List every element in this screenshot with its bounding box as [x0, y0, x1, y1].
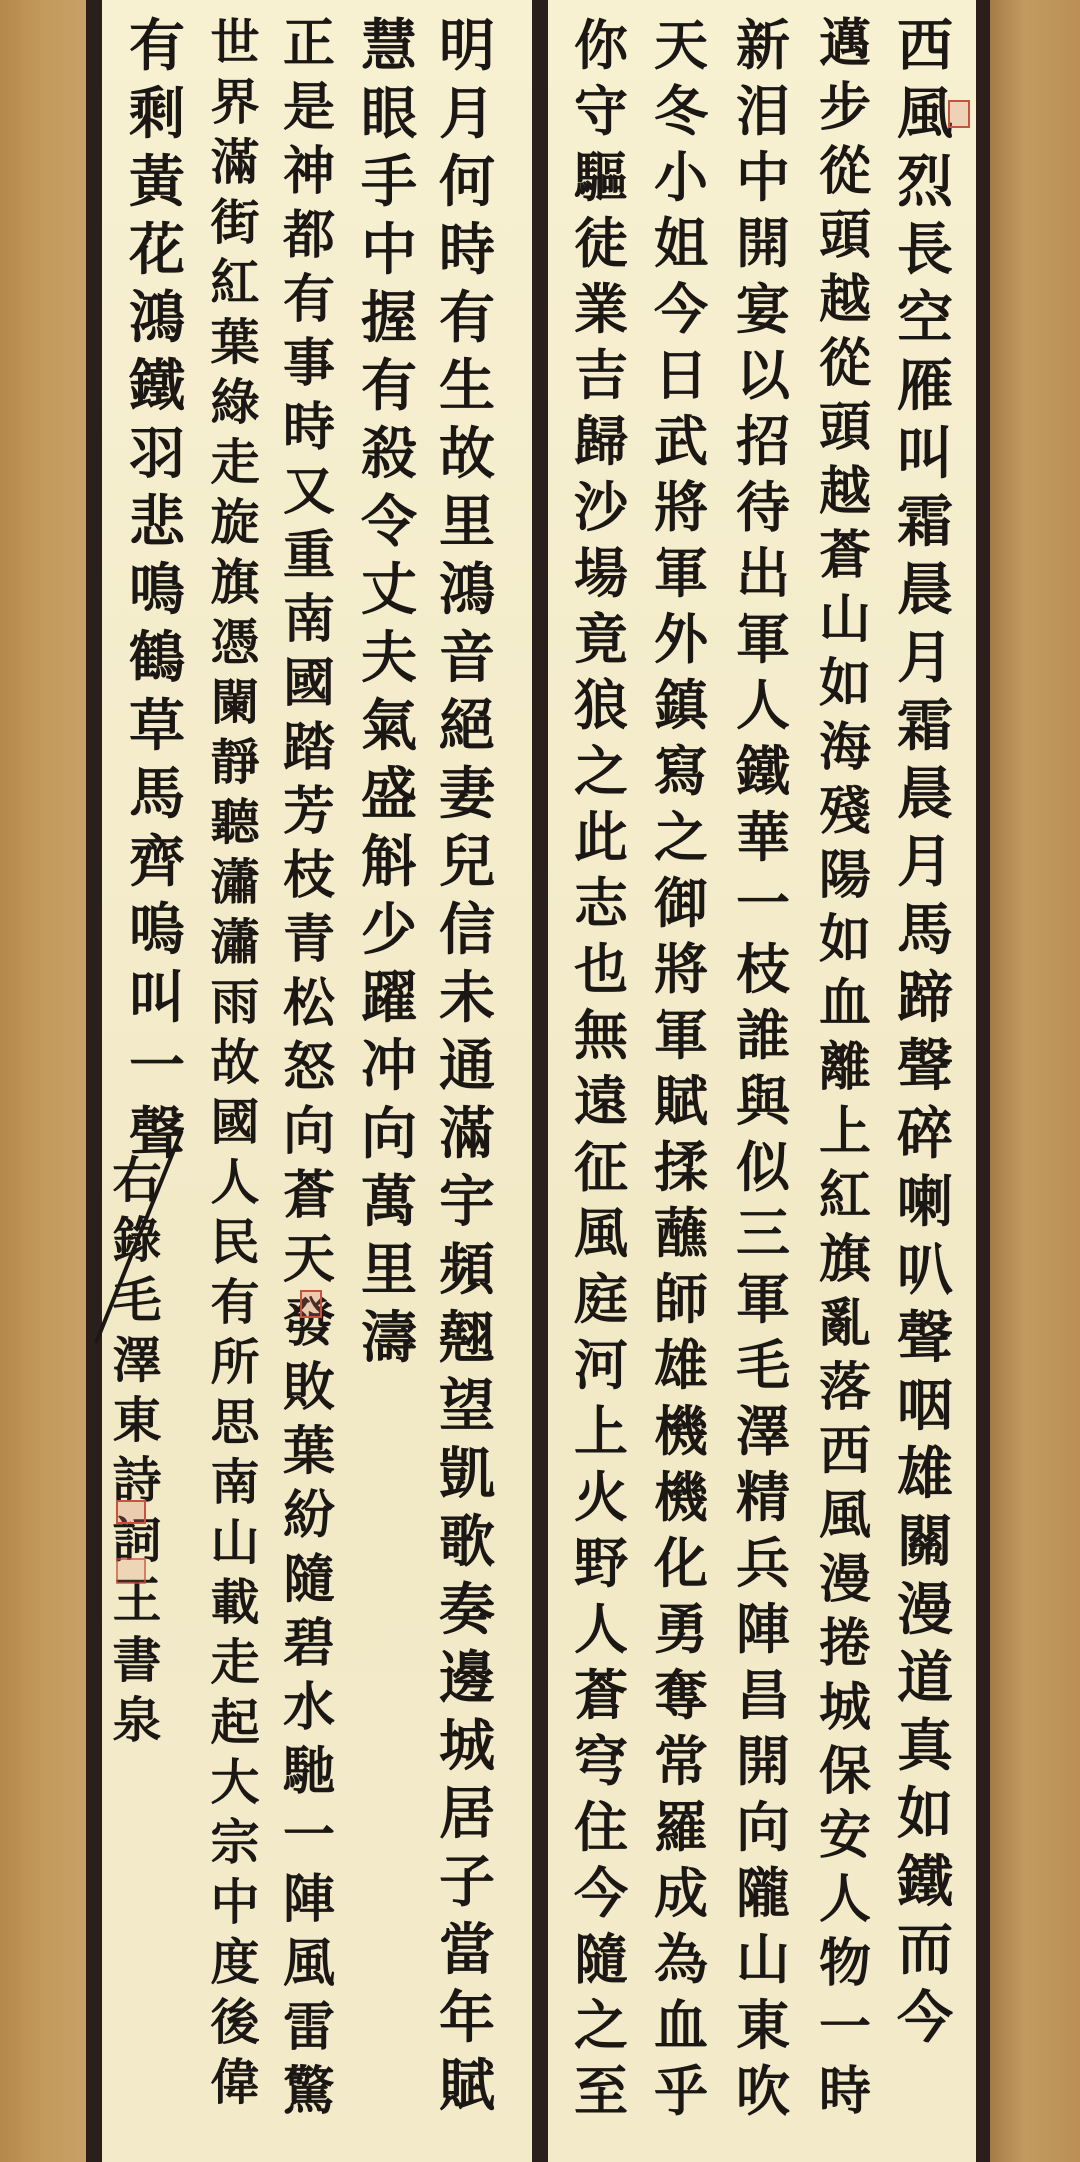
calligraphy-character: 成 — [646, 1860, 716, 1926]
calligraphy-character: 徒 — [566, 210, 636, 276]
calligraphy-column-r1: 西風烈長空雁叫霜晨月霜晨月馬蹄聲碎喇叭聲咽雄關漫道真如鐵而今 — [890, 12, 960, 2052]
calligraphy-character: 世 — [200, 12, 270, 72]
calligraphy-character: 鎮 — [646, 672, 716, 738]
calligraphy-character: 西 — [890, 12, 960, 80]
calligraphy-character: 錄 — [112, 1210, 161, 1270]
calligraphy-character: 離 — [810, 1036, 880, 1100]
calligraphy-character: 霜 — [890, 692, 960, 760]
calligraphy-character: 之 — [566, 738, 636, 804]
calligraphy-character: 丈 — [354, 556, 424, 624]
calligraphy-character: 揉 — [646, 1134, 716, 1200]
calligraphy-character: 陽 — [810, 844, 880, 908]
calligraphy-character: 漫 — [890, 1576, 960, 1644]
calligraphy-character: 草 — [122, 692, 192, 760]
calligraphy-character: 向 — [728, 1794, 798, 1860]
left-scroll: 明月何時有生故里鴻音絕妻兒信未通滿宇頻翹望凱歌奏邊城居子當年賦 慧眼手中握有殺令… — [86, 0, 538, 2162]
calligraphy-column-l2: 慧眼手中握有殺令丈夫氣盛斛少躍冲向萬里濤 — [354, 12, 424, 1372]
calligraphy-character: 枝 — [728, 936, 798, 1002]
calligraphy-character: 你 — [566, 12, 636, 78]
calligraphy-character: 物 — [810, 1932, 880, 1996]
calligraphy-character: 兵 — [728, 1530, 798, 1596]
calligraphy-character: 安 — [810, 1804, 880, 1868]
calligraphy-character: 正 — [274, 12, 344, 76]
mount-background-right — [988, 0, 1080, 2162]
calligraphy-character: 之 — [646, 804, 716, 870]
calligraphy-character: 關 — [890, 1508, 960, 1576]
calligraphy-character: 越 — [810, 460, 880, 524]
calligraphy-character: 濤 — [354, 1304, 424, 1372]
calligraphy-character: 業 — [566, 276, 636, 342]
calligraphy-character: 時 — [274, 396, 344, 460]
calligraphy-character: 咽 — [890, 1372, 960, 1440]
calligraphy-character: 國 — [274, 652, 344, 716]
calligraphy-character: 陣 — [728, 1596, 798, 1662]
calligraphy-character: 慧 — [354, 12, 424, 80]
calligraphy-character: 賦 — [646, 1068, 716, 1134]
calligraphy-character: 一 — [810, 1996, 880, 2060]
calligraphy-character: 勇 — [646, 1596, 716, 1662]
calligraphy-character: 沙 — [566, 474, 636, 540]
calligraphy-character: 青 — [274, 908, 344, 972]
calligraphy-character: 東 — [728, 1992, 798, 2058]
calligraphy-character: 血 — [810, 972, 880, 1036]
calligraphy-character: 國 — [200, 1092, 270, 1152]
calligraphy-character: 野 — [566, 1530, 636, 1596]
calligraphy-character: 奏 — [432, 1576, 502, 1644]
calligraphy-character: 何 — [432, 148, 502, 216]
calligraphy-character: 闌 — [200, 672, 270, 732]
calligraphy-character: 吹 — [728, 2058, 798, 2124]
calligraphy-character: 蒼 — [566, 1662, 636, 1728]
calligraphy-column-r5: 你守驅徒業吉歸沙場竟狼之此志也無遠征風庭河上火野人蒼穹住今隨之至 — [566, 12, 636, 2124]
calligraphy-column-r2: 邁步從頭越從頭越蒼山如海殘陽如血離上紅旗亂落西風漫捲城保安人物一時 — [810, 12, 880, 2124]
calligraphy-character: 姐 — [646, 210, 716, 276]
calligraphy-character: 捲 — [810, 1612, 880, 1676]
calligraphy-character: 外 — [646, 606, 716, 672]
calligraphy-character: 馬 — [890, 896, 960, 964]
calligraphy-character: 西 — [810, 1420, 880, 1484]
calligraphy-character: 長 — [890, 216, 960, 284]
calligraphy-character: 軍 — [728, 1266, 798, 1332]
calligraphy-character: 毛 — [112, 1270, 161, 1330]
calligraphy-character: 葉 — [200, 312, 270, 372]
calligraphy-character: 怒 — [274, 1036, 344, 1100]
calligraphy-character: 機 — [646, 1398, 716, 1464]
calligraphy-character: 街 — [200, 192, 270, 252]
calligraphy-character: 泉 — [112, 1690, 161, 1750]
calligraphy-character: 未 — [432, 964, 502, 1032]
calligraphy-character: 黃 — [122, 148, 192, 216]
calligraphy-character: 將 — [646, 474, 716, 540]
seal-icon-bottom-1 — [116, 1500, 146, 1524]
calligraphy-character: 上 — [566, 1398, 636, 1464]
calligraphy-character: 新 — [728, 12, 798, 78]
calligraphy-character: 澤 — [112, 1330, 161, 1390]
calligraphy-character: 生 — [432, 352, 502, 420]
calligraphy-character: 故 — [432, 420, 502, 488]
calligraphy-character: 小 — [646, 144, 716, 210]
calligraphy-character: 軍 — [728, 606, 798, 672]
calligraphy-character: 葉 — [274, 1420, 344, 1484]
calligraphy-character: 鳴 — [122, 556, 192, 624]
calligraphy-character: 火 — [566, 1464, 636, 1530]
calligraphy-character: 嗚 — [122, 896, 192, 964]
calligraphy-character: 寫 — [646, 738, 716, 804]
calligraphy-character: 雁 — [890, 352, 960, 420]
calligraphy-character: 有 — [274, 268, 344, 332]
calligraphy-column-l4: 世界滿街紅葉綠走旋旗憑闌靜聽瀟瀟雨故國人民有所思南山載走起大宗中度後偉 — [200, 12, 270, 2112]
calligraphy-character: 賦 — [432, 2052, 502, 2120]
calligraphy-character: 征 — [566, 1134, 636, 1200]
calligraphy-character: 為 — [646, 1926, 716, 1992]
calligraphy-character: 悲 — [122, 488, 192, 556]
calligraphy-column-r3: 新泪中開宴以招待出軍人鐵華一枝誰與似三軍毛澤精兵陣昌開向隴山東吹 — [728, 12, 798, 2124]
calligraphy-character: 碎 — [890, 1100, 960, 1168]
calligraphy-character: 日 — [646, 342, 716, 408]
calligraphy-character: 旗 — [810, 1228, 880, 1292]
calligraphy-character: 昌 — [728, 1662, 798, 1728]
calligraphy-character: 將 — [646, 936, 716, 1002]
calligraphy-character: 三 — [728, 1200, 798, 1266]
calligraphy-character: 血 — [646, 1992, 716, 2058]
calligraphy-character: 風 — [566, 1200, 636, 1266]
calligraphy-character: 城 — [810, 1676, 880, 1740]
calligraphy-character: 氣 — [354, 692, 424, 760]
calligraphy-character: 開 — [728, 1728, 798, 1794]
calligraphy-character: 陣 — [274, 1868, 344, 1932]
calligraphy-character: 一 — [122, 1032, 192, 1100]
calligraphy-character: 越 — [810, 268, 880, 332]
calligraphy-character: 驚 — [274, 2060, 344, 2124]
calligraphy-character: 有 — [122, 12, 192, 80]
calligraphy-character: 志 — [566, 870, 636, 936]
calligraphy-character: 南 — [200, 1452, 270, 1512]
calligraphy-character: 出 — [728, 540, 798, 606]
calligraphy-character: 望 — [432, 1372, 502, 1440]
calligraphy-character: 庭 — [566, 1266, 636, 1332]
calligraphy-character: 音 — [432, 624, 502, 692]
calligraphy-character: 大 — [200, 1752, 270, 1812]
calligraphy-character: 乎 — [646, 2058, 716, 2124]
calligraphy-character: 上 — [810, 1100, 880, 1164]
calligraphy-character: 從 — [810, 332, 880, 396]
calligraphy-character: 與 — [728, 1068, 798, 1134]
calligraphy-column-l1: 明月何時有生故里鴻音絕妻兒信未通滿宇頻翹望凱歌奏邊城居子當年賦 — [432, 12, 502, 2120]
calligraphy-character: 而 — [890, 1916, 960, 1984]
calligraphy-character: 枝 — [274, 844, 344, 908]
calligraphy-character: 書 — [112, 1630, 161, 1690]
calligraphy-character: 絕 — [432, 692, 502, 760]
calligraphy-character: 又 — [274, 460, 344, 524]
calligraphy-character: 所 — [200, 1332, 270, 1392]
calligraphy-character: 居 — [432, 1780, 502, 1848]
calligraphy-character: 鶴 — [122, 624, 192, 692]
calligraphy-character: 通 — [432, 1032, 502, 1100]
calligraphy-character: 手 — [354, 148, 424, 216]
calligraphy-character: 界 — [200, 72, 270, 132]
calligraphy-character: 斛 — [354, 828, 424, 896]
calligraphy-character: 是 — [274, 76, 344, 140]
calligraphy-character: 漫 — [810, 1548, 880, 1612]
calligraphy-character: 偉 — [200, 2052, 270, 2112]
calligraphy-character: 當 — [432, 1916, 502, 1984]
calligraphy-character: 眼 — [354, 80, 424, 148]
calligraphy-character: 烈 — [890, 148, 960, 216]
calligraphy-character: 邊 — [432, 1644, 502, 1712]
calligraphy-character: 如 — [890, 1780, 960, 1848]
calligraphy-character: 兒 — [432, 828, 502, 896]
calligraphy-character: 叭 — [890, 1236, 960, 1304]
calligraphy-character: 里 — [354, 1236, 424, 1304]
calligraphy-character: 蘸 — [646, 1200, 716, 1266]
calligraphy-character: 靜 — [200, 732, 270, 792]
calligraphy-character: 都 — [274, 204, 344, 268]
calligraphy-character: 有 — [432, 284, 502, 352]
calligraphy-character: 碧 — [274, 1612, 344, 1676]
calligraphy-column-l3: 正是神都有事時又重南國踏芳枝青松怒向蒼天發敗葉紛隨碧水馳一陣風雷驚 — [274, 12, 344, 2124]
calligraphy-character: 一 — [728, 870, 798, 936]
calligraphy-character: 人 — [200, 1152, 270, 1212]
calligraphy-character: 隨 — [566, 1926, 636, 1992]
calligraphy-character: 歌 — [432, 1508, 502, 1576]
calligraphy-character: 凱 — [432, 1440, 502, 1508]
calligraphy-character: 載 — [200, 1572, 270, 1632]
calligraphy-character: 南 — [274, 588, 344, 652]
calligraphy-character: 如 — [810, 652, 880, 716]
calligraphy-character: 度 — [200, 1932, 270, 1992]
calligraphy-character: 紅 — [810, 1164, 880, 1228]
calligraphy-character: 山 — [200, 1512, 270, 1572]
calligraphy-character: 盛 — [354, 760, 424, 828]
calligraphy-character: 花 — [122, 216, 192, 284]
calligraphy-character: 冬 — [646, 78, 716, 144]
calligraphy-character: 聽 — [200, 792, 270, 852]
calligraphy-character: 躍 — [354, 964, 424, 1032]
calligraphy-character: 右 — [112, 1150, 161, 1210]
calligraphy-character: 思 — [200, 1392, 270, 1452]
calligraphy-character: 今 — [566, 1860, 636, 1926]
calligraphy-character: 聲 — [890, 1304, 960, 1372]
calligraphy-character: 海 — [810, 716, 880, 780]
calligraphy-character: 向 — [274, 1100, 344, 1164]
calligraphy-character: 御 — [646, 870, 716, 936]
calligraphy-character: 遠 — [566, 1068, 636, 1134]
calligraphy-character: 冲 — [354, 1032, 424, 1100]
calligraphy-character: 明 — [432, 12, 502, 80]
calligraphy-character: 踏 — [274, 716, 344, 780]
signature-column: 右錄毛澤東詩詞王書泉 — [102, 1150, 172, 1750]
calligraphy-character: 頭 — [810, 396, 880, 460]
calligraphy-character: 殺 — [354, 420, 424, 488]
calligraphy-character: 叫 — [122, 964, 192, 1032]
calligraphy-character: 武 — [646, 408, 716, 474]
calligraphy-character: 宴 — [728, 276, 798, 342]
calligraphy-character: 蒼 — [810, 524, 880, 588]
calligraphy-character: 松 — [274, 972, 344, 1036]
calligraphy-character: 華 — [728, 804, 798, 870]
calligraphy-character: 瀟 — [200, 852, 270, 912]
calligraphy-character: 民 — [200, 1212, 270, 1272]
calligraphy-character: 山 — [810, 588, 880, 652]
calligraphy-character: 宗 — [200, 1812, 270, 1872]
calligraphy-character: 鴻 — [122, 284, 192, 352]
calligraphy-character: 頭 — [810, 204, 880, 268]
calligraphy-character: 有 — [200, 1272, 270, 1332]
calligraphy-column-r4: 天冬小姐今日武將軍外鎮寫之御將軍賦揉蘸師雄機機化勇奪常羅成為血乎 — [646, 12, 716, 2124]
calligraphy-character: 誰 — [728, 1002, 798, 1068]
calligraphy-character: 也 — [566, 936, 636, 1002]
calligraphy-character: 敗 — [274, 1356, 344, 1420]
calligraphy-character: 風 — [810, 1484, 880, 1548]
calligraphy-character: 里 — [432, 488, 502, 556]
calligraphy-character: 似 — [728, 1134, 798, 1200]
calligraphy-character: 機 — [646, 1464, 716, 1530]
calligraphy-character: 雄 — [890, 1440, 960, 1508]
calligraphy-character: 東 — [112, 1390, 161, 1450]
calligraphy-character: 旋 — [200, 492, 270, 552]
calligraphy-character: 事 — [274, 332, 344, 396]
calligraphy-character: 旗 — [200, 552, 270, 612]
calligraphy-character: 此 — [566, 804, 636, 870]
calligraphy-character: 鐵 — [728, 738, 798, 804]
calligraphy-character: 落 — [810, 1356, 880, 1420]
calligraphy-character: 待 — [728, 474, 798, 540]
calligraphy-character: 水 — [274, 1676, 344, 1740]
calligraphy-character: 隴 — [728, 1860, 798, 1926]
seal-icon-top — [948, 100, 970, 128]
calligraphy-character: 走 — [200, 1632, 270, 1692]
seal-icon-bottom-2 — [116, 1558, 146, 1584]
calligraphy-character: 吉 — [566, 342, 636, 408]
calligraphy-character: 馳 — [274, 1740, 344, 1804]
calligraphy-character: 宇 — [432, 1168, 502, 1236]
calligraphy-character: 瀟 — [200, 912, 270, 972]
calligraphy-character: 中 — [728, 144, 798, 210]
calligraphy-character: 走 — [200, 432, 270, 492]
calligraphy-character: 以 — [728, 342, 798, 408]
calligraphy-character: 有 — [354, 352, 424, 420]
calligraphy-character: 邁 — [810, 12, 880, 76]
calligraphy-character: 人 — [810, 1868, 880, 1932]
calligraphy-character: 今 — [890, 1984, 960, 2052]
calligraphy-character: 羅 — [646, 1794, 716, 1860]
calligraphy-character: 頻 — [432, 1236, 502, 1304]
calligraphy-character: 滿 — [200, 132, 270, 192]
calligraphy-character: 一 — [274, 1804, 344, 1868]
calligraphy-character: 驅 — [566, 144, 636, 210]
calligraphy-character: 憑 — [200, 612, 270, 672]
calligraphy-character: 場 — [566, 540, 636, 606]
calligraphy-character: 子 — [432, 1848, 502, 1916]
calligraphy-character: 馬 — [122, 760, 192, 828]
calligraphy-character: 令 — [354, 488, 424, 556]
calligraphy-character: 無 — [566, 1002, 636, 1068]
calligraphy-character: 信 — [432, 896, 502, 964]
calligraphy-character: 河 — [566, 1332, 636, 1398]
calligraphy-character: 毛 — [728, 1332, 798, 1398]
calligraphy-character: 澤 — [728, 1398, 798, 1464]
calligraphy-character: 軍 — [646, 1002, 716, 1068]
calligraphy-character: 步 — [810, 76, 880, 140]
calligraphy-character: 今 — [646, 276, 716, 342]
calligraphy-character: 歸 — [566, 408, 636, 474]
calligraphy-character: 守 — [566, 78, 636, 144]
calligraphy-character: 聲 — [890, 1032, 960, 1100]
calligraphy-character: 年 — [432, 1984, 502, 2052]
calligraphy-character: 齊 — [122, 828, 192, 896]
calligraphy-column-l5: 有剩黃花鴻鐵羽悲鳴鶴草馬齊嗚叫一聲 — [122, 12, 192, 1168]
calligraphy-character: 後 — [200, 1992, 270, 2052]
calligraphy-character: 天 — [646, 12, 716, 78]
calligraphy-character: 故 — [200, 1032, 270, 1092]
calligraphy-character: 叫 — [890, 420, 960, 488]
calligraphy-character: 殘 — [810, 780, 880, 844]
calligraphy-character: 從 — [810, 140, 880, 204]
calligraphy-character: 翹 — [432, 1304, 502, 1372]
calligraphy-character: 喇 — [890, 1168, 960, 1236]
calligraphy-character: 道 — [890, 1644, 960, 1712]
calligraphy-character: 綠 — [200, 372, 270, 432]
calligraphy-character: 蹄 — [890, 964, 960, 1032]
calligraphy-character: 開 — [728, 210, 798, 276]
calligraphy-character: 雨 — [200, 972, 270, 1032]
calligraphy-character: 真 — [890, 1712, 960, 1780]
calligraphy-character: 山 — [728, 1926, 798, 1992]
calligraphy-character: 竟 — [566, 606, 636, 672]
calligraphy-character: 雄 — [646, 1332, 716, 1398]
calligraphy-character: 晨 — [890, 556, 960, 624]
calligraphy-character: 師 — [646, 1266, 716, 1332]
calligraphy-character: 時 — [432, 216, 502, 284]
calligraphy-character: 奪 — [646, 1662, 716, 1728]
calligraphy-character: 隨 — [274, 1548, 344, 1612]
calligraphy-character: 剩 — [122, 80, 192, 148]
calligraphy-character: 妻 — [432, 760, 502, 828]
calligraphy-character: 城 — [432, 1712, 502, 1780]
calligraphy-character: 羽 — [122, 420, 192, 488]
calligraphy-character: 精 — [728, 1464, 798, 1530]
calligraphy-character: 至 — [566, 2058, 636, 2124]
calligraphy-character: 起 — [200, 1692, 270, 1752]
calligraphy-character: 招 — [728, 408, 798, 474]
calligraphy-character: 芳 — [274, 780, 344, 844]
calligraphy-character: 保 — [810, 1740, 880, 1804]
calligraphy-character: 紛 — [274, 1484, 344, 1548]
seal-icon-middle — [300, 1290, 322, 1318]
calligraphy-character: 空 — [890, 284, 960, 352]
right-scroll: 西風烈長空雁叫霜晨月霜晨月馬蹄聲碎喇叭聲咽雄關漫道真如鐵而今 邁步從頭越從頭越蒼… — [538, 0, 990, 2162]
calligraphy-character: 鐵 — [122, 352, 192, 420]
calligraphy-character: 少 — [354, 896, 424, 964]
calligraphy-character: 狼 — [566, 672, 636, 738]
calligraphy-character: 夫 — [354, 624, 424, 692]
calligraphy-character: 人 — [728, 672, 798, 738]
calligraphy-character: 中 — [354, 216, 424, 284]
calligraphy-character: 滿 — [432, 1100, 502, 1168]
calligraphy-character: 泪 — [728, 78, 798, 144]
calligraphy-character: 時 — [810, 2060, 880, 2124]
calligraphy-character: 神 — [274, 140, 344, 204]
calligraphy-character: 如 — [810, 908, 880, 972]
calligraphy-character: 鐵 — [890, 1848, 960, 1916]
calligraphy-character: 亂 — [810, 1292, 880, 1356]
calligraphy-character: 常 — [646, 1728, 716, 1794]
calligraphy-character: 晨 — [890, 760, 960, 828]
calligraphy-character: 握 — [354, 284, 424, 352]
calligraphy-character: 萬 — [354, 1168, 424, 1236]
calligraphy-character: 月 — [890, 828, 960, 896]
calligraphy-character: 蒼 — [274, 1164, 344, 1228]
